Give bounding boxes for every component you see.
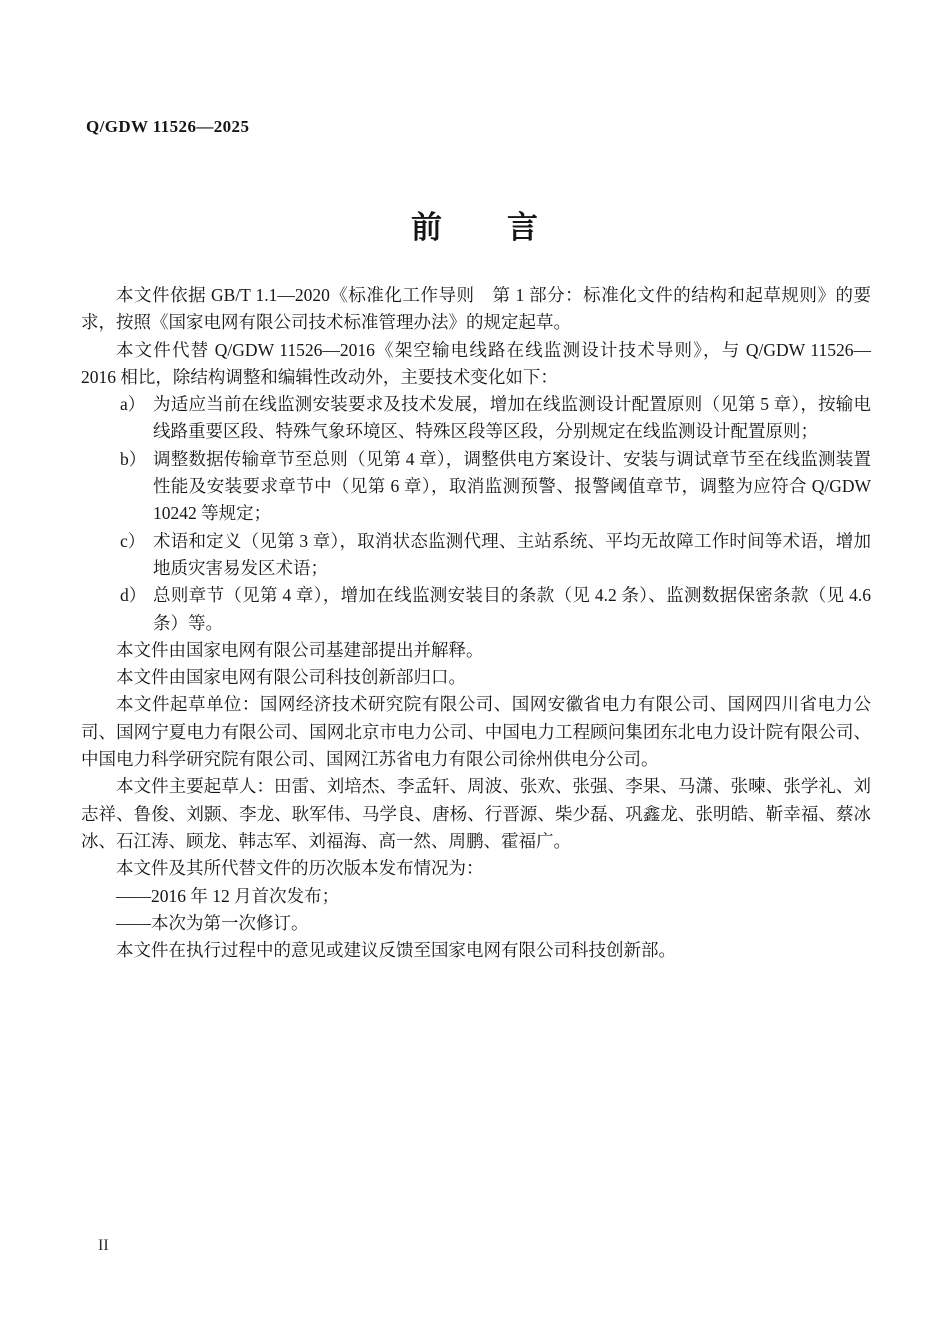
list-item-text: 调整数据传输章节至总则（见第 4 章），调整供电方案设计、安装与调试章节至在线监… — [153, 449, 871, 524]
change-item-d: d） 总则章节（见第 4 章），增加在线监测安装目的条款（见 4.2 条）、监测… — [81, 582, 871, 637]
paragraph-basis: 本文件依据 GB/T 1.1—2020《标准化工作导则 第 1 部分：标准化文件… — [81, 282, 871, 337]
change-item-b: b） 调整数据传输章节至总则（见第 4 章），调整供电方案设计、安装与调试章节至… — [81, 446, 871, 528]
paragraph-centralized-by: 本文件由国家电网有限公司科技创新部归口。 — [81, 664, 871, 691]
paragraph-history-intro: 本文件及其所代替文件的历次版本发布情况为： — [81, 855, 871, 882]
list-marker: d） — [120, 582, 146, 609]
list-marker: a） — [120, 391, 145, 418]
document-code: Q/GDW 11526—2025 — [86, 117, 249, 137]
change-item-a: a） 为适应当前在线监测安装要求及技术发展，增加在线监测设计配置原则（见第 5 … — [81, 391, 871, 446]
change-item-c: c） 术语和定义（见第 3 章），取消状态监测代理、主站系统、平均无故障工作时间… — [81, 528, 871, 583]
paragraph-feedback: 本文件在执行过程中的意见或建议反馈至国家电网有限公司科技创新部。 — [81, 937, 871, 964]
paragraph-drafters: 本文件主要起草人：田雷、刘培杰、李孟轩、周波、张欢、张强、李果、马潇、张暕、张学… — [81, 773, 871, 855]
paragraph-replaces: 本文件代替 Q/GDW 11526—2016《架空输电线路在线监测设计技术导则》… — [81, 337, 871, 392]
list-marker: b） — [120, 446, 146, 473]
foreword-title: 前 言 — [0, 202, 950, 247]
page-number: II — [98, 1237, 109, 1255]
list-item-text: 术语和定义（见第 3 章），取消状态监测代理、主站系统、平均无故障工作时间等术语… — [153, 531, 871, 578]
history-entry-first-release: ——2016 年 12 月首次发布； — [81, 883, 871, 910]
paragraph-drafting-orgs: 本文件起草单位：国网经济技术研究院有限公司、国网安徽省电力有限公司、国网四川省电… — [81, 691, 871, 773]
document-page: Q/GDW 11526—2025 前 言 本文件依据 GB/T 1.1—2020… — [0, 0, 950, 1344]
list-marker: c） — [120, 528, 145, 555]
list-item-text: 总则章节（见第 4 章），增加在线监测安装目的条款（见 4.2 条）、监测数据保… — [153, 585, 871, 632]
paragraph-proposed-by: 本文件由国家电网有限公司基建部提出并解释。 — [81, 637, 871, 664]
list-item-text: 为适应当前在线监测安装要求及技术发展，增加在线监测设计配置原则（见第 5 章），… — [153, 394, 871, 441]
foreword-body: 本文件依据 GB/T 1.1—2020《标准化工作导则 第 1 部分：标准化文件… — [81, 282, 871, 964]
history-entry-first-revision: ——本次为第一次修订。 — [81, 910, 871, 937]
